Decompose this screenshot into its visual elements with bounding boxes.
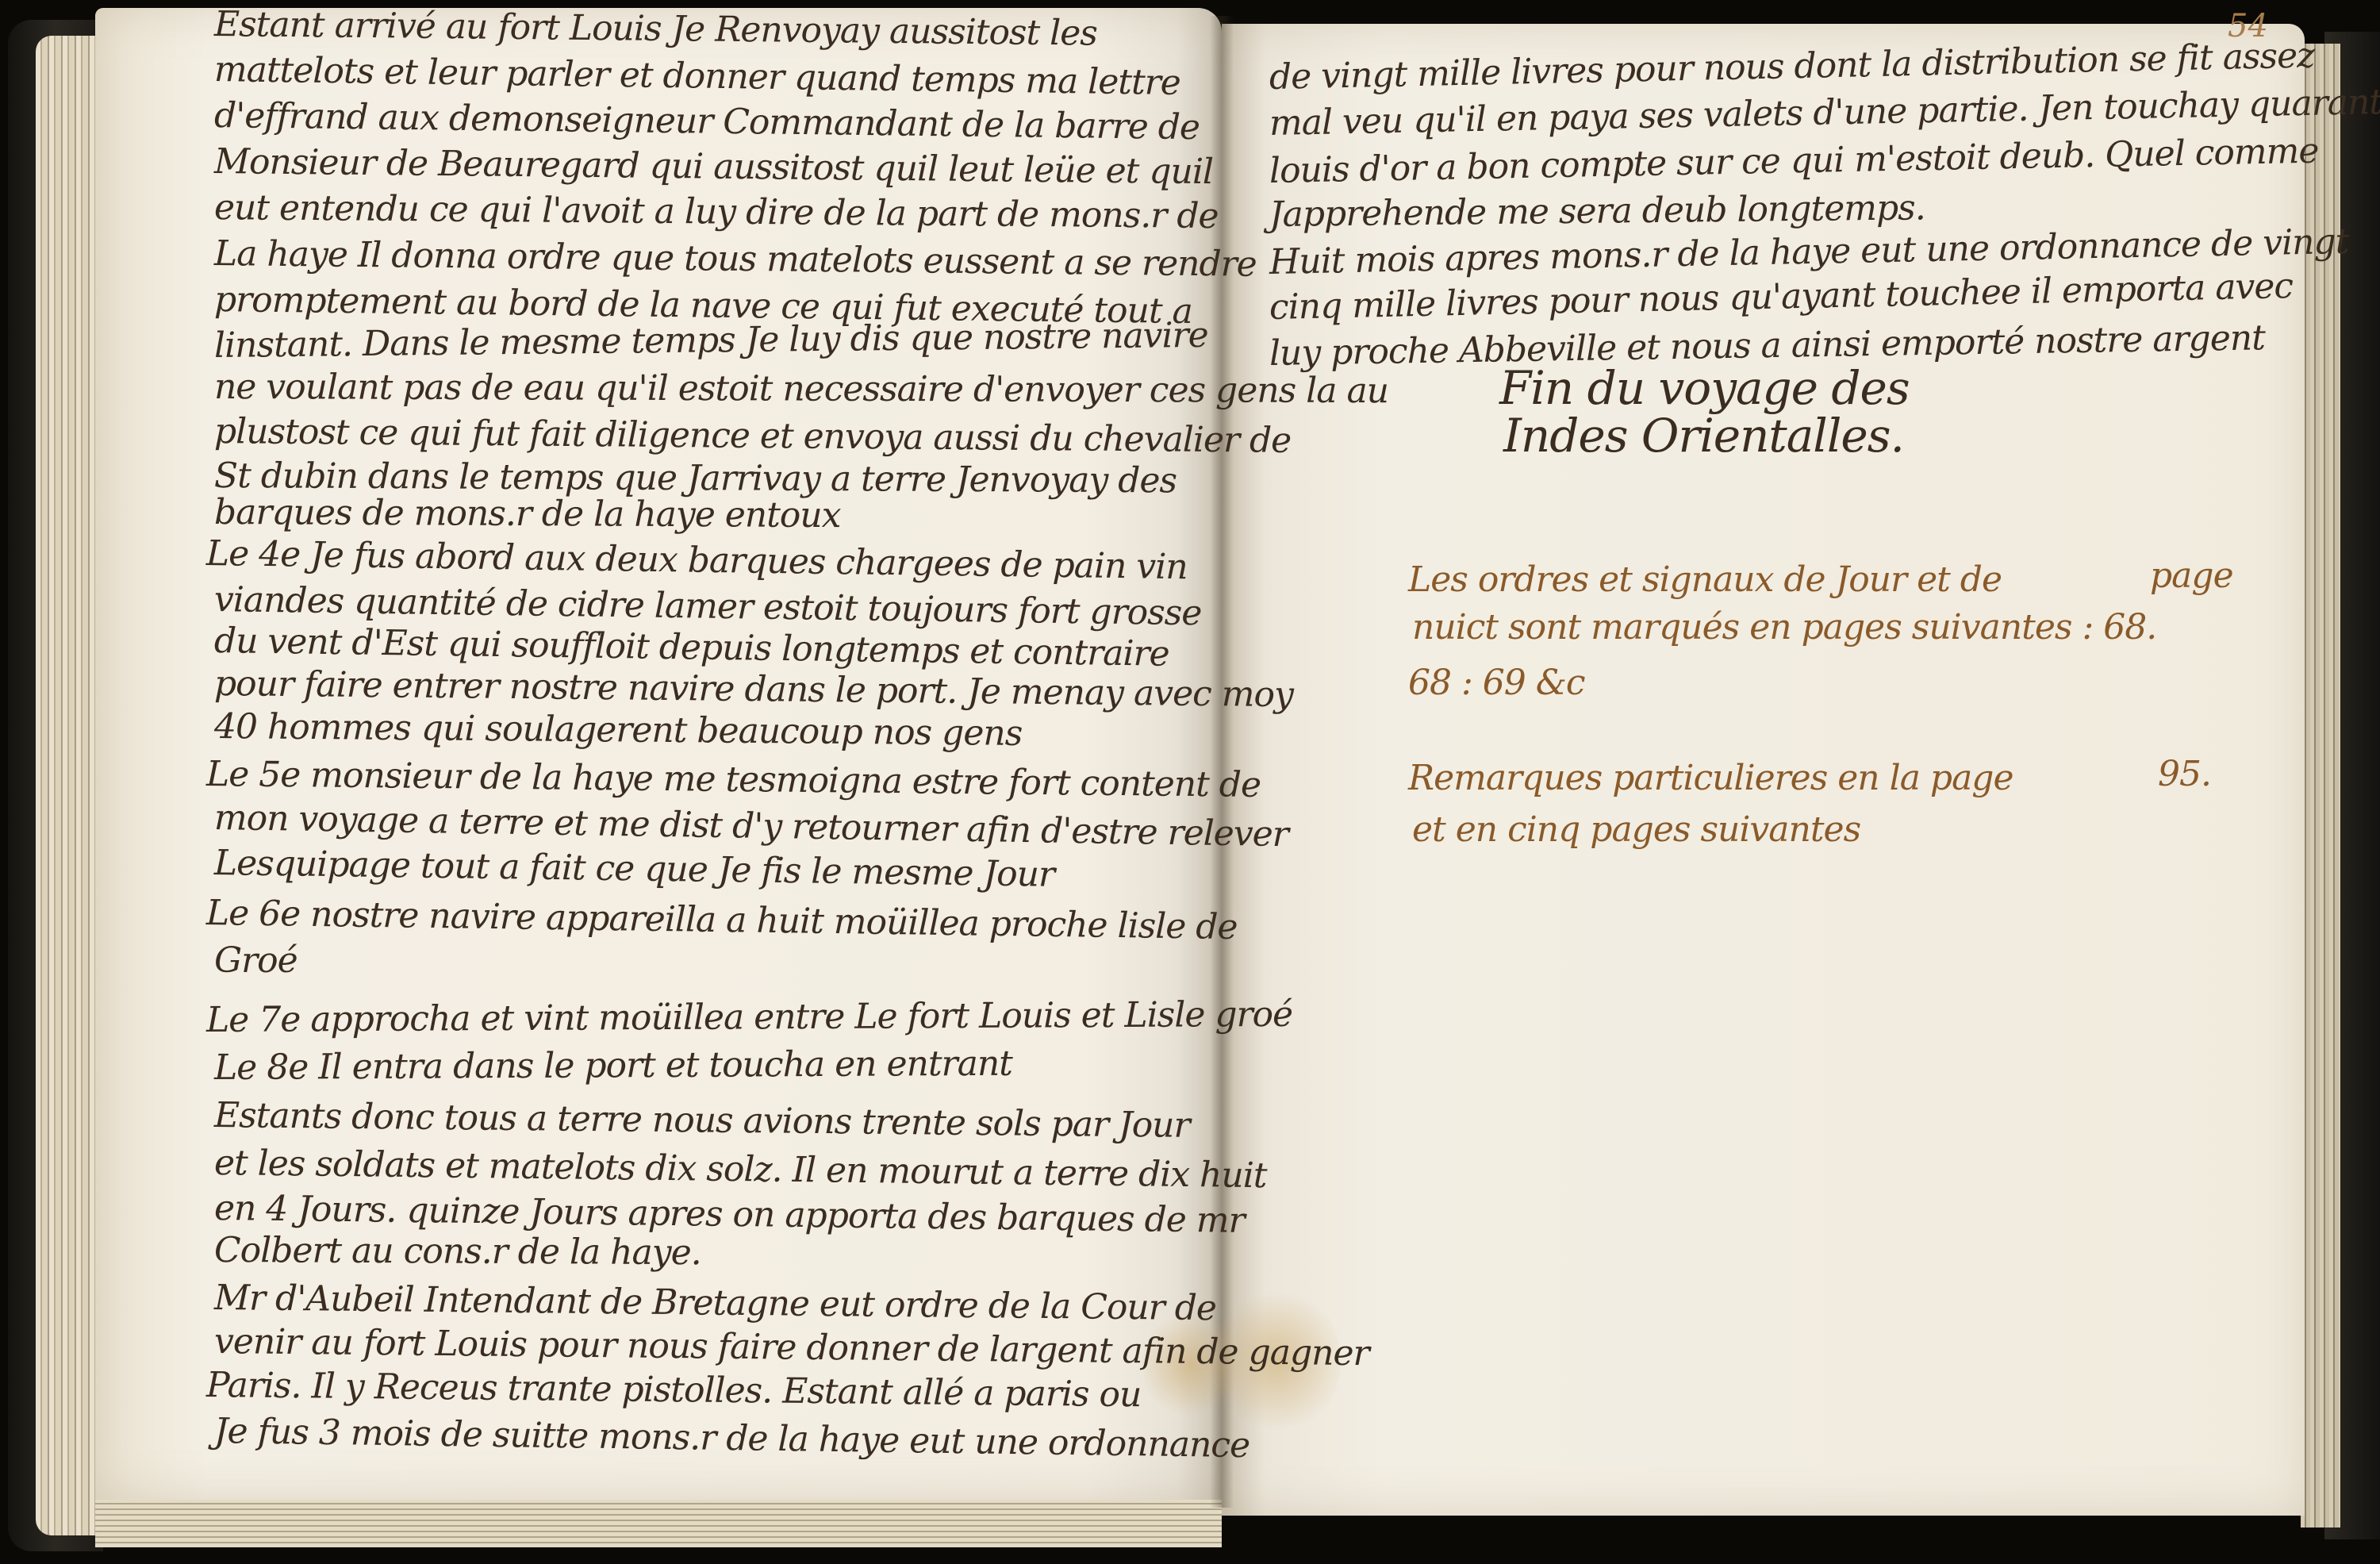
closing-heading-line-2: Indes Orientalles. — [1503, 409, 1904, 463]
note-line: Les ordres et signaux de Jour et de — [1408, 559, 2002, 600]
note-line: Remarques particulieres en la page — [1408, 758, 2013, 798]
text-line: Le 7e approcha et vint moüillea entre Le… — [206, 994, 1292, 1040]
note-margin: page — [2150, 555, 2233, 596]
note-line: 68 : 69 &c — [1408, 663, 1585, 703]
page-edges-right — [2301, 44, 2340, 1527]
text-line: ne voulant pas de eau qu'il estoit neces… — [214, 367, 1388, 411]
note-line: nuict sont marqués en pages suivantes : … — [1412, 607, 2156, 648]
page-edges-bottom — [95, 1492, 1222, 1547]
note-line: et en cinq pages suivantes — [1412, 809, 1860, 850]
text-line: Le 8e Il entra dans le port et toucha en… — [214, 1043, 1012, 1088]
open-book: 54 Estant arrivé au fort Louis Je Renvoy… — [0, 0, 2380, 1564]
text-line: barques de mons.r de la haye entoux — [214, 492, 841, 536]
book-gutter — [1210, 16, 1234, 1508]
text-line: Colbert au cons.r de la haye. — [214, 1230, 701, 1273]
text-line: 40 hommes qui soulagerent beaucoup nos g… — [214, 706, 1023, 754]
text-line: Japprehende me sera deub longtemps. — [1269, 187, 1925, 235]
note-margin: 95. — [2158, 754, 2211, 794]
text-line: Groé — [214, 940, 297, 981]
closing-heading-line-1: Fin du voyage des — [1499, 361, 1910, 415]
